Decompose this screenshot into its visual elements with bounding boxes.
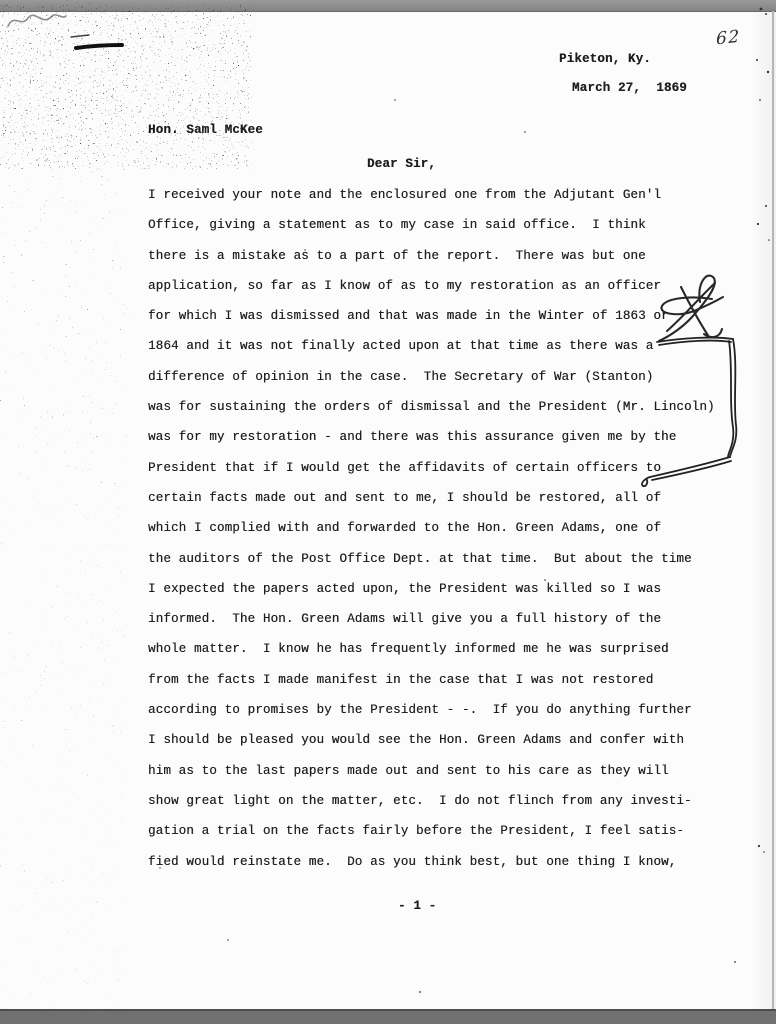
letter-body-line: for which I was dismissed and that was m… xyxy=(148,301,748,331)
letter-body-line: whole matter. I know he has frequently i… xyxy=(148,634,748,664)
letter-body-line: Office, giving a statement as to my case… xyxy=(148,210,748,240)
letter-body-line: difference of opinion in the case. The S… xyxy=(148,362,748,392)
letter-body-line: President that if I would get the affida… xyxy=(148,453,748,483)
letter-body-line: was for sustaining the orders of dismiss… xyxy=(148,392,748,422)
handwritten-corner-number: 62 xyxy=(716,27,741,50)
page-number: - 1 - xyxy=(398,898,436,914)
letter-body-line: according to promises by the President -… xyxy=(148,695,748,725)
letter-body-line: application, so far as I know of as to m… xyxy=(148,271,748,301)
letter-body-line: 1864 and it was not finally acted upon a… xyxy=(148,331,748,361)
letter-body-line: there is a mistake as to a part of the r… xyxy=(148,241,748,271)
letter-body-line: I should be pleased you would see the Ho… xyxy=(148,725,748,755)
letter-salutation: Dear Sir, xyxy=(367,156,436,172)
letter-body-line: informed. The Hon. Green Adams will give… xyxy=(148,604,748,634)
letter-body-line: the auditors of the Post Office Dept. at… xyxy=(148,544,748,574)
letter-body: I received your note and the enclosured … xyxy=(148,180,748,877)
letter-body-line: show great light on the matter, etc. I d… xyxy=(148,786,748,816)
letter-place: Piketon, Ky. xyxy=(559,51,651,67)
letter-body-line: fied would reinstate me. Do as you think… xyxy=(148,847,748,877)
letter-body-line: gation a trial on the facts fairly befor… xyxy=(148,816,748,846)
scanned-letter-page: Piketon, Ky. March 27, 1869 Hon. Saml Mc… xyxy=(0,0,776,1024)
letter-body-line: which I complied with and forwarded to t… xyxy=(148,513,748,543)
letter-date: March 27, 1869 xyxy=(572,80,687,96)
letter-addressee: Hon. Saml McKee xyxy=(148,122,263,138)
letter-body-line: from the facts I made manifest in the ca… xyxy=(148,665,748,695)
letter-body-line: him as to the last papers made out and s… xyxy=(148,756,748,786)
letter-body-line: I received your note and the enclosured … xyxy=(148,180,748,210)
letter-body-line: I expected the papers acted upon, the Pr… xyxy=(148,574,748,604)
letter-body-line: certain facts made out and sent to me, I… xyxy=(148,483,748,513)
letter-body-line: was for my restoration - and there was t… xyxy=(148,422,748,452)
